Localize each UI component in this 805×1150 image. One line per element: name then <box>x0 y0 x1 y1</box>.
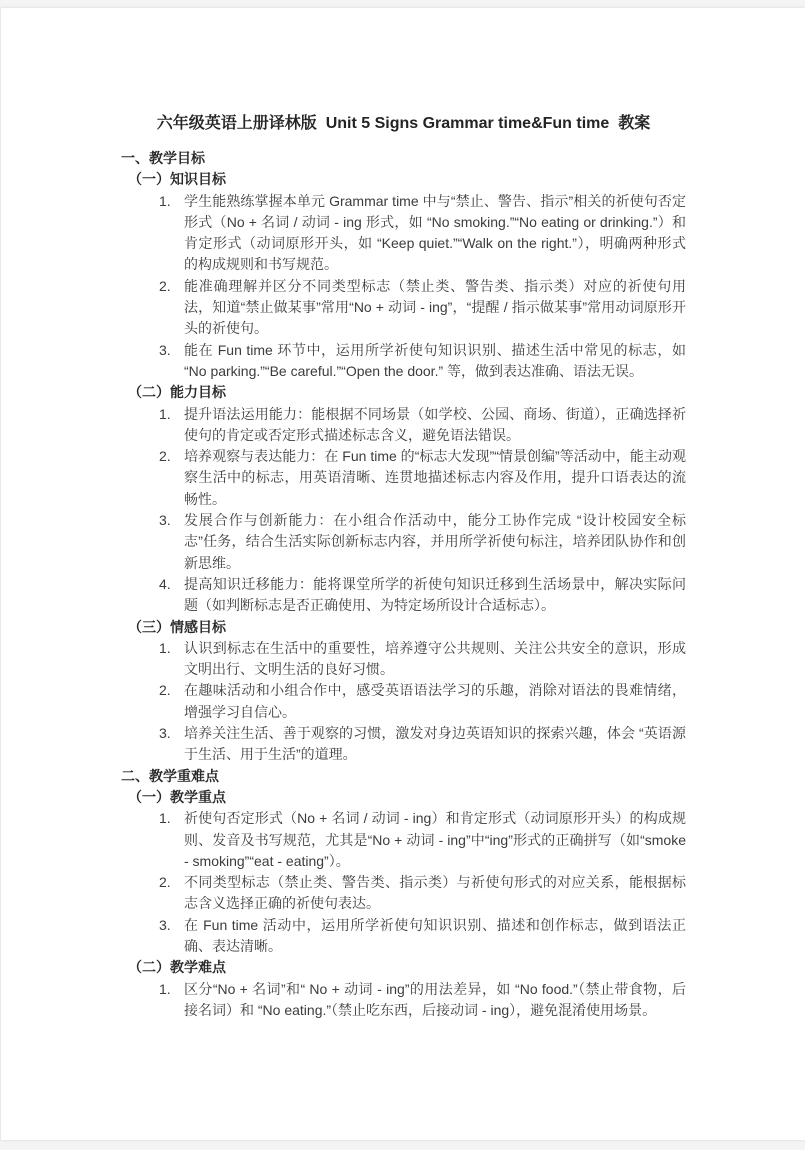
list-item-number: 2. <box>159 276 171 297</box>
list-item-number: 2. <box>159 446 171 467</box>
list-item: 1. 学生能熟练掌握本单元 Grammar time 中与“禁止、警告、指示”相… <box>121 191 686 276</box>
section-heading-teaching-goals: 一、教学目标 <box>121 148 686 169</box>
list-item-text: 不同类型标志（禁止类、警告类、指示类）与祈使句形式的对应关系，能根据标志含义选择… <box>184 874 686 911</box>
list-item-text: 认识到标志在生活中的重要性，培养遵守公共规则、关注公共安全的意识，形成文明出行、… <box>184 640 686 677</box>
list-item-text: 提升语法运用能力：能根据不同场景（如学校、公园、商场、街道），正确选择祈使句的肯… <box>184 406 686 443</box>
list-item-text: 在趣味活动和小组合作中，感受英语语法学习的乐趣，消除对语法的畏难情绪，增强学习自… <box>184 682 686 719</box>
list-item: 2. 不同类型标志（禁止类、警告类、指示类）与祈使句形式的对应关系，能根据标志含… <box>121 872 686 915</box>
list-item: 3. 在 Fun time 活动中，运用所学祈使句知识识别、描述和创作标志，做到… <box>121 915 686 958</box>
list-item-text: 发展合作与创新能力：在小组合作活动中，能分工协作完成 “设计校园安全标志”任务，… <box>184 512 686 571</box>
list-item-text: 在 Fun time 活动中，运用所学祈使句知识识别、描述和创作标志，做到语法正… <box>184 917 686 954</box>
list-item-text: 培养关注生活、善于观察的习惯，激发对身边英语知识的探索兴趣，体会 “英语源于生活… <box>184 725 686 762</box>
subsection-heading-emotion-goals: （三）情感目标 <box>121 617 686 638</box>
list-item: 4. 提高知识迁移能力：能将课堂所学的祈使句知识迁移到生活场景中，解决实际问题（… <box>121 574 686 617</box>
subsection-heading-knowledge-goals: （一）知识目标 <box>121 169 686 190</box>
list-item: 2. 能准确理解并区分不同类型标志（禁止类、警告类、指示类）对应的祈使句用法，知… <box>121 276 686 340</box>
list-item: 2. 在趣味活动和小组合作中，感受英语语法学习的乐趣，消除对语法的畏难情绪，增强… <box>121 680 686 723</box>
list-item-number: 1. <box>159 979 171 1000</box>
list-item-number: 3. <box>159 723 171 744</box>
list-item-text: 能在 Fun time 环节中，运用所学祈使句知识识别、描述生活中常见的标志，如… <box>184 342 686 379</box>
list-item-number: 1. <box>159 638 171 659</box>
list-item-text: 培养观察与表达能力：在 Fun time 的“标志大发现”“情景创编”等活动中，… <box>184 448 686 507</box>
list-item-text: 学生能熟练掌握本单元 Grammar time 中与“禁止、警告、指示”相关的祈… <box>184 193 686 273</box>
list-item: 1. 提升语法运用能力：能根据不同场景（如学校、公园、商场、街道），正确选择祈使… <box>121 404 686 447</box>
list-item-number: 1. <box>159 404 171 425</box>
list-item-number: 3. <box>159 510 171 531</box>
list-item-number: 3. <box>159 915 171 936</box>
list-item: 1. 区分“No + 名词”和“ No + 动词 - ing”的用法差异，如 “… <box>121 979 686 1022</box>
document-content: 六年级英语上册译林版 Unit 5 Signs Grammar time&Fun… <box>1 8 805 1021</box>
section-heading-key-difficult-points: 二、教学重难点 <box>121 766 686 787</box>
list-item-number: 2. <box>159 680 171 701</box>
list-item-number: 4. <box>159 574 171 595</box>
subsection-heading-difficult-points: （二）教学难点 <box>121 957 686 978</box>
list-item-number: 3. <box>159 340 171 361</box>
list-item: 2. 培养观察与表达能力：在 Fun time 的“标志大发现”“情景创编”等活… <box>121 446 686 510</box>
document-title: 六年级英语上册译林版 Unit 5 Signs Grammar time&Fun… <box>121 112 686 136</box>
list-item-text: 区分“No + 名词”和“ No + 动词 - ing”的用法差异，如 “No … <box>184 981 686 1018</box>
list-item-text: 能准确理解并区分不同类型标志（禁止类、警告类、指示类）对应的祈使句用法，知道“禁… <box>184 278 686 337</box>
list-item: 3. 培养关注生活、善于观察的习惯，激发对身边英语知识的探索兴趣，体会 “英语源… <box>121 723 686 766</box>
screenshot-canvas: 六年级英语上册译林版 Unit 5 Signs Grammar time&Fun… <box>0 0 805 1150</box>
list-item: 1. 祈使句否定形式（No + 名词 / 动词 - ing）和肯定形式（动词原形… <box>121 808 686 872</box>
document-page: 六年级英语上册译林版 Unit 5 Signs Grammar time&Fun… <box>0 8 805 1140</box>
list-item-text: 祈使句否定形式（No + 名词 / 动词 - ing）和肯定形式（动词原形开头）… <box>184 810 686 869</box>
list-item-text: 提高知识迁移能力：能将课堂所学的祈使句知识迁移到生活场景中，解决实际问题（如判断… <box>184 576 686 613</box>
subsection-heading-key-points: （一）教学重点 <box>121 787 686 808</box>
list-item-number: 1. <box>159 808 171 829</box>
list-item: 1. 认识到标志在生活中的重要性，培养遵守公共规则、关注公共安全的意识，形成文明… <box>121 638 686 681</box>
list-item-number: 2. <box>159 872 171 893</box>
subsection-heading-ability-goals: （二）能力目标 <box>121 382 686 403</box>
list-item-number: 1. <box>159 191 171 212</box>
list-item: 3. 能在 Fun time 环节中，运用所学祈使句知识识别、描述生活中常见的标… <box>121 340 686 383</box>
list-item: 3. 发展合作与创新能力：在小组合作活动中，能分工协作完成 “设计校园安全标志”… <box>121 510 686 574</box>
